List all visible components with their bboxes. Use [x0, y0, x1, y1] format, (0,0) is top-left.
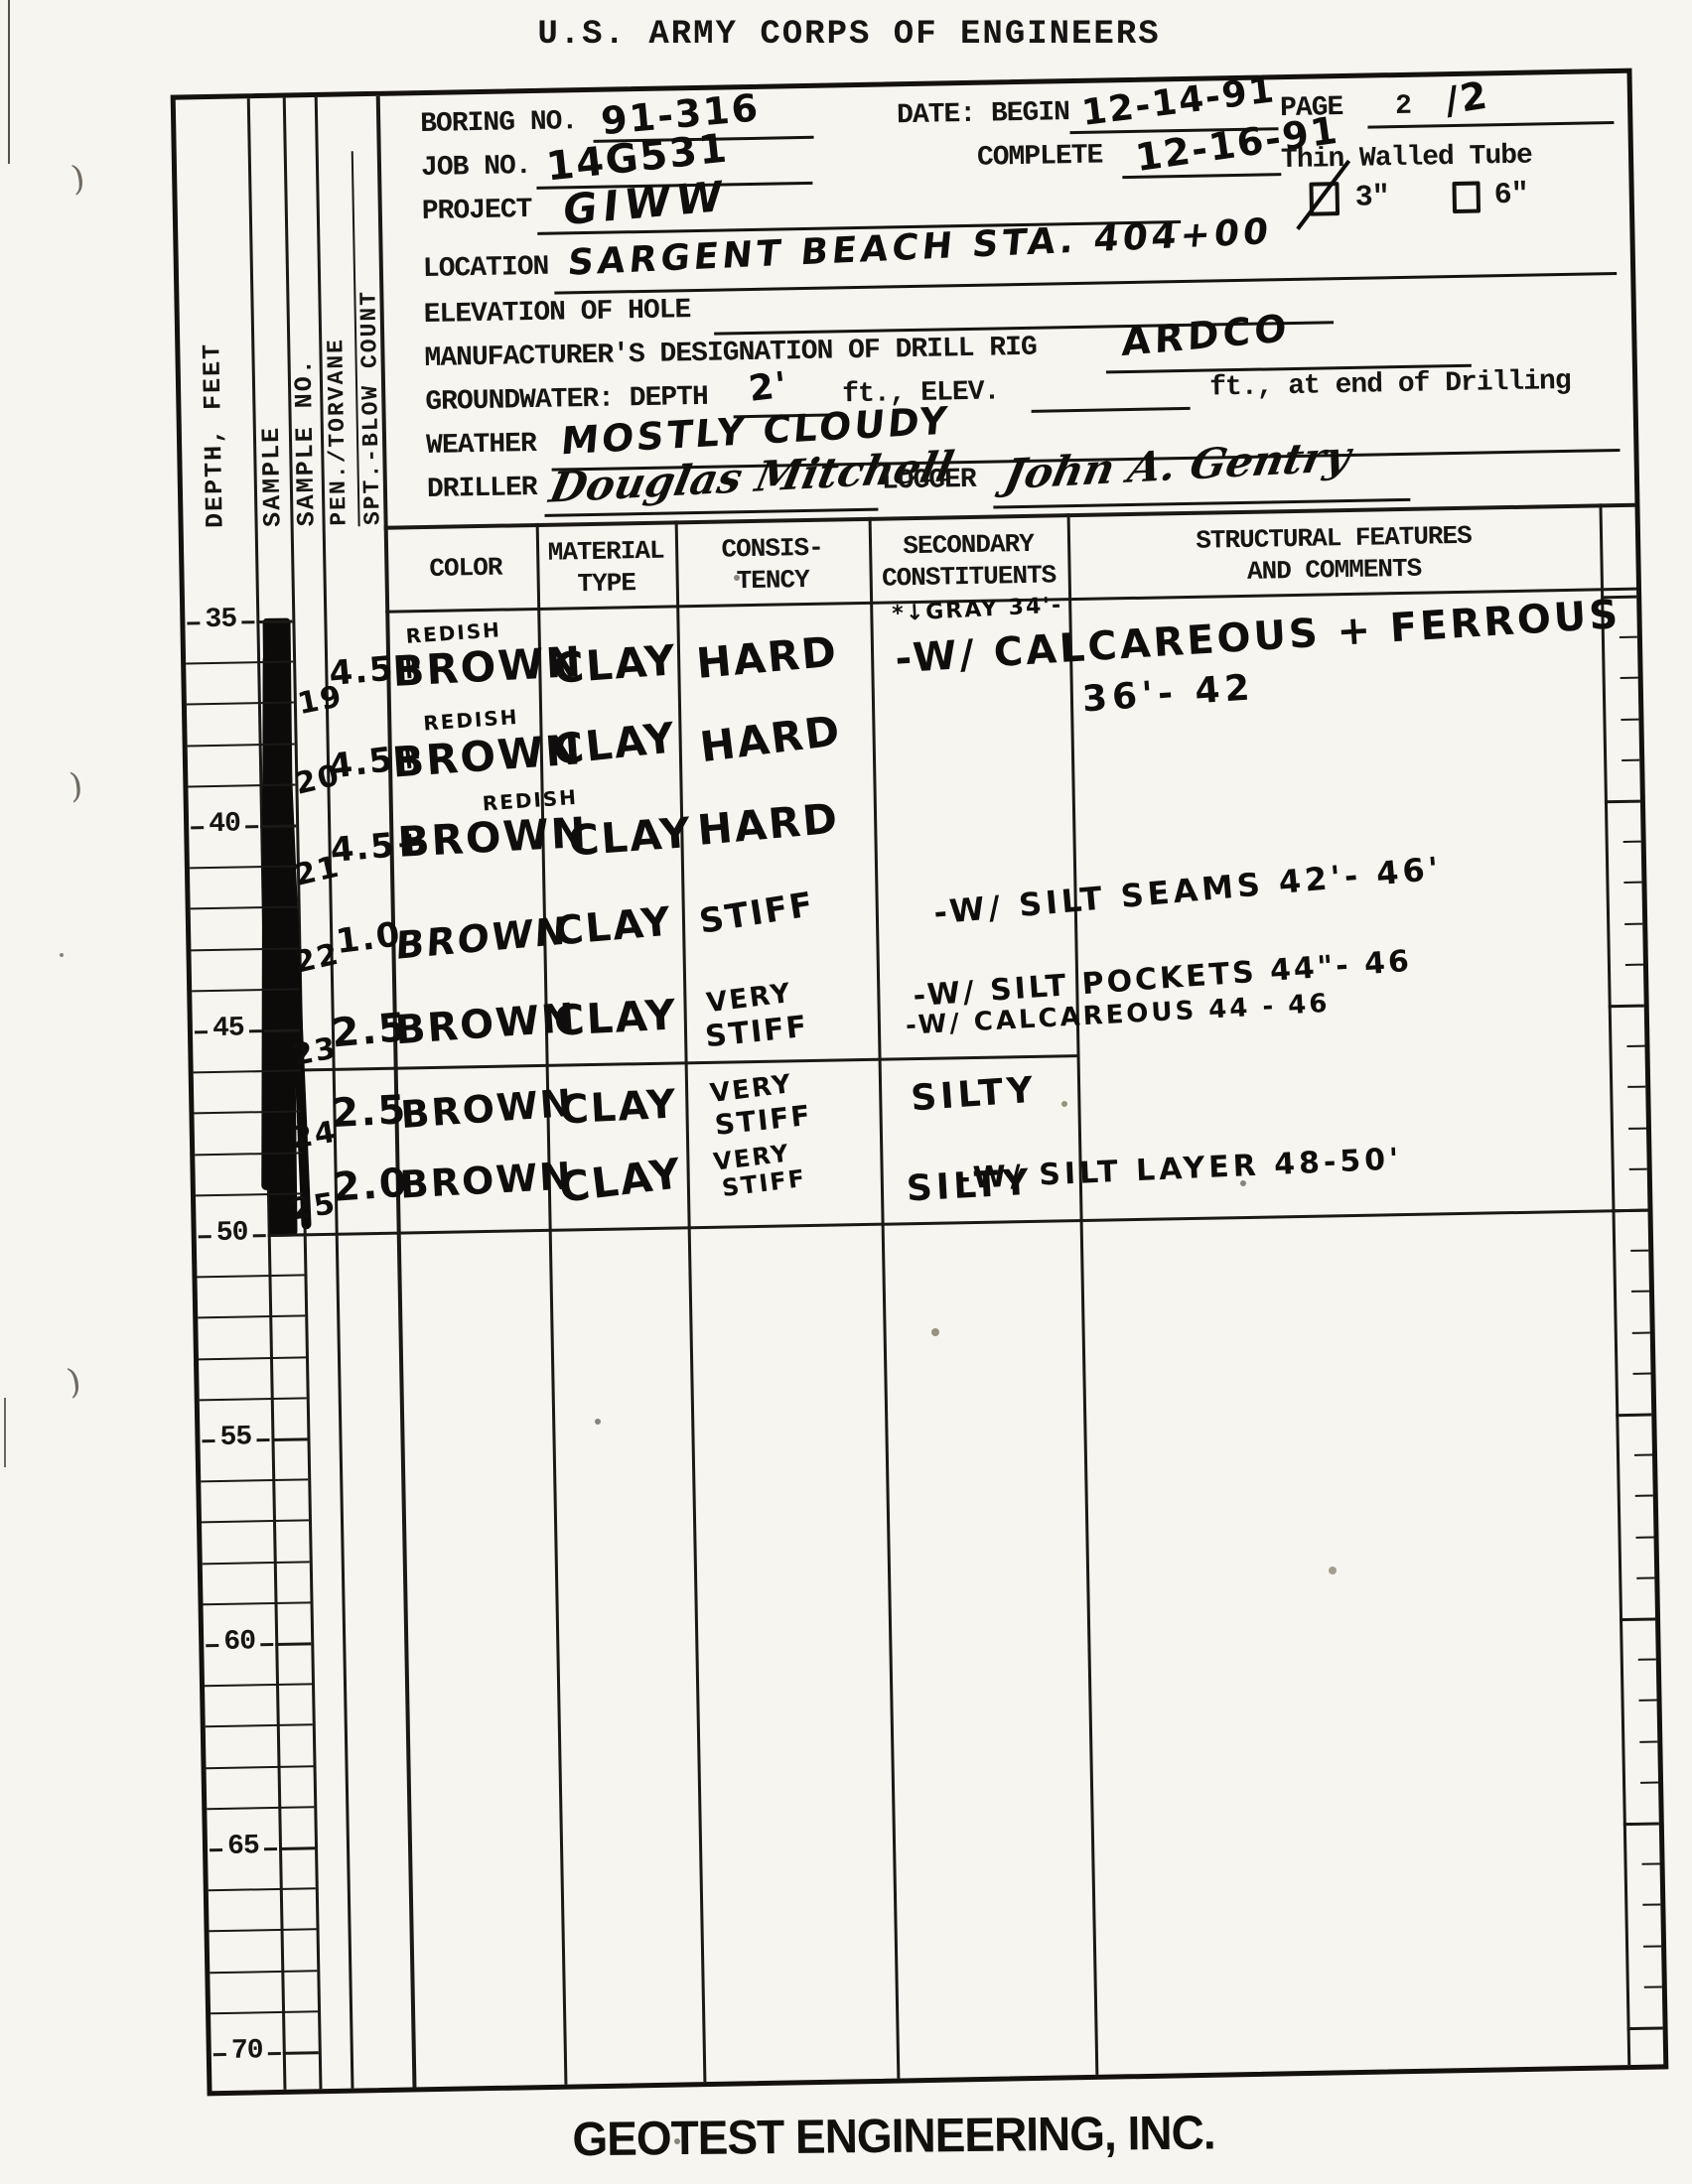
ruler-tick: [1632, 1373, 1650, 1375]
ruler-tick: [1632, 1332, 1650, 1334]
depth-label: 45: [193, 1013, 265, 1044]
grid-line: [198, 1314, 305, 1318]
ruler-tick: [1627, 1086, 1645, 1088]
depth-ruler: 3540455055606570: [176, 73, 1664, 2091]
grid-line: [205, 1683, 312, 1687]
grid-line: [256, 619, 292, 623]
grid-line: [204, 1601, 311, 1605]
grid-line: [209, 1887, 316, 1891]
ruler-tick: [1624, 923, 1642, 925]
grid-line: [188, 783, 295, 787]
ruler-tick: [1620, 636, 1637, 638]
ruler-tick: [1631, 1291, 1649, 1293]
ruler-tick: [1621, 677, 1638, 679]
ruler-tick: [1640, 1781, 1658, 1783]
grid-line: [200, 1397, 307, 1401]
scan-edge-mark: [8, 0, 10, 164]
ruler-tick-major: [1627, 2026, 1663, 2030]
ruler-tick: [1623, 841, 1641, 843]
depth-label: 35: [185, 604, 257, 635]
ruler-tick-major: [1616, 1414, 1651, 1418]
ruler-tick: [1628, 1128, 1646, 1130]
grid-line: [268, 1233, 304, 1237]
grid-line: [201, 1478, 308, 1482]
ruler-tick: [1621, 759, 1639, 761]
grid-line: [190, 865, 297, 869]
scan-edge-mark: [4, 1398, 6, 1467]
scan-speck: [60, 953, 64, 957]
ruler-tick: [1626, 1045, 1644, 1047]
grid-line: [194, 1069, 301, 1073]
ruler-tick: [1623, 882, 1641, 884]
grid-line: [210, 1928, 317, 1932]
ruler-tick: [1636, 1537, 1654, 1539]
grid-line: [207, 1806, 314, 1810]
grid-line: [202, 1519, 309, 1523]
ruler-tick: [1643, 1945, 1661, 1947]
ruler-tick: [1638, 1659, 1656, 1661]
ruler-tick: [1642, 1903, 1660, 1905]
grid-line: [203, 1561, 310, 1565]
ruler-tick: [1621, 719, 1638, 721]
grid-line: [186, 660, 293, 664]
grid-line: [260, 824, 296, 828]
ruler-tick: [1642, 1862, 1660, 1864]
depth-label: 55: [200, 1422, 272, 1453]
grid-line: [279, 1846, 315, 1850]
grid-line: [191, 947, 298, 951]
grid-line: [210, 1970, 317, 1974]
grid-line: [283, 2051, 319, 2055]
grid-line: [188, 743, 295, 747]
depth-label: 40: [189, 808, 261, 840]
ruler-tick: [1629, 1168, 1647, 1170]
boring-log-sheet: DEPTH, FEET SAMPLE SAMPLE NO. PEN./TORVA…: [171, 68, 1669, 2097]
grid-line: [271, 1437, 307, 1441]
scan-paren-mark: ): [69, 158, 87, 199]
scan-paren-mark: ): [68, 765, 84, 806]
grid-line: [192, 988, 299, 992]
ruler-tick-major: [1609, 1005, 1644, 1009]
depth-label: 50: [196, 1217, 268, 1249]
scan-paren-mark: ): [65, 1361, 84, 1403]
grid-line: [206, 1723, 313, 1727]
grid-line: [196, 1192, 303, 1196]
ruler-tick: [1634, 1454, 1652, 1456]
ruler-tick: [1635, 1495, 1653, 1497]
ruler-tick: [1639, 1699, 1657, 1701]
grid-line: [264, 1028, 300, 1032]
grid-line: [187, 701, 294, 705]
ruler-tick: [1636, 1577, 1654, 1579]
depth-label: 60: [204, 1626, 276, 1658]
grid-line: [197, 1274, 304, 1278]
depth-label: 70: [211, 2035, 283, 2067]
grid-line: [199, 1356, 306, 1360]
ruler-tick-major: [1620, 1618, 1655, 1622]
grid-line: [195, 1152, 302, 1156]
page-title: U.S. ARMY CORPS OF ENGINEERS: [338, 16, 1360, 54]
grid-line: [194, 1110, 301, 1114]
depth-label: 65: [208, 1831, 280, 1862]
ruler-tick: [1644, 1985, 1662, 1987]
ruler-tick-major: [1605, 800, 1640, 804]
grid-line: [275, 1642, 311, 1646]
ruler-tick: [1639, 1740, 1657, 1742]
ruler-tick-major: [1612, 1209, 1647, 1213]
company-footer: GEOTEST ENGINEERING, INC.: [397, 2102, 1391, 2168]
ruler-tick-major: [1623, 1822, 1659, 1826]
grid-line: [207, 1765, 314, 1769]
ruler-tick: [1630, 1250, 1648, 1252]
grid-line: [211, 2010, 318, 2014]
grid-line: [191, 905, 298, 909]
ruler-tick: [1625, 964, 1643, 966]
